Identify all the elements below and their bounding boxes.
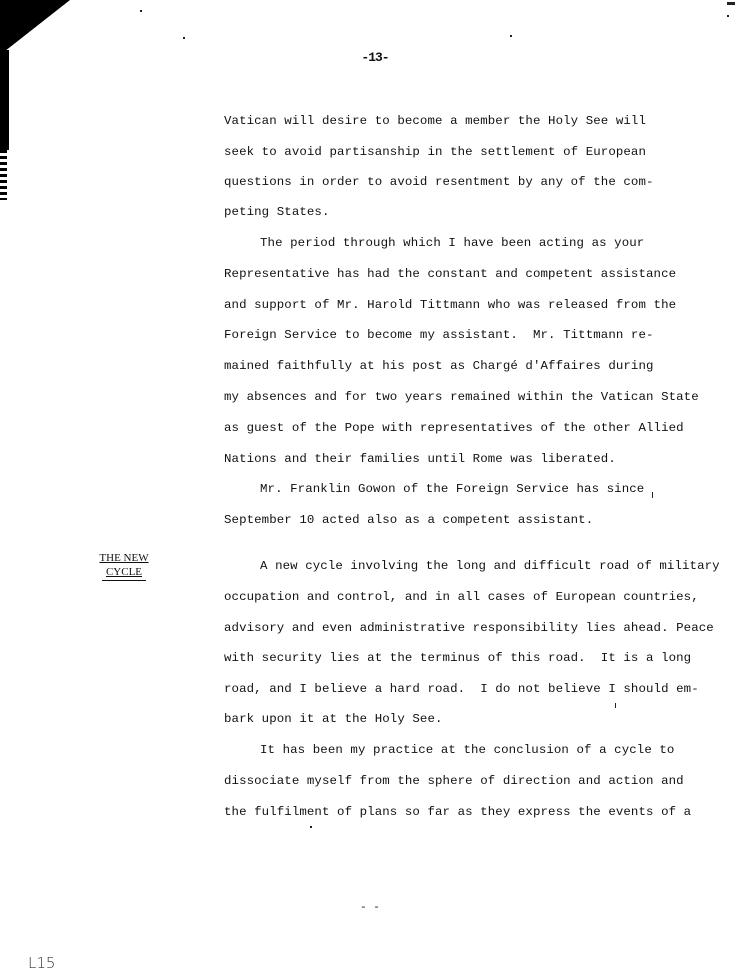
margin-heading-rule xyxy=(102,580,146,581)
scan-speck xyxy=(510,35,512,37)
text-line: The period through which I have been act… xyxy=(260,236,644,250)
page-number: -13- xyxy=(0,50,750,65)
text-line: my absences and for two years remained w… xyxy=(224,390,699,404)
scan-edge-noise xyxy=(0,150,7,200)
scan-speck xyxy=(183,37,185,39)
text-line: Nations and their families until Rome wa… xyxy=(224,452,616,466)
scan-speck xyxy=(615,703,616,708)
text-line: Foreign Service to become my assistant. … xyxy=(224,328,654,342)
text-line: It has been my practice at the conclusio… xyxy=(260,743,674,757)
margin-heading-line2: CYCLE xyxy=(106,565,142,579)
text-line: Vatican will desire to become a member t… xyxy=(224,114,646,128)
text-line: and support of Mr. Harold Tittmann who w… xyxy=(224,298,676,312)
text-line: road, and I believe a hard road. I do no… xyxy=(224,682,699,696)
scan-speck xyxy=(727,2,735,5)
text-line: Mr. Franklin Gowon of the Foreign Servic… xyxy=(260,482,644,496)
scan-edge-strip xyxy=(0,50,9,150)
text-line: September 10 acted also as a competent a… xyxy=(224,513,593,527)
text-line: peting States. xyxy=(224,205,330,219)
handwritten-note: L15 xyxy=(28,954,55,972)
text-line: Representative has had the constant and … xyxy=(224,267,676,281)
text-line: questions in order to avoid resentment b… xyxy=(224,175,654,189)
scan-corner-shadow xyxy=(0,0,70,55)
text-line: seek to avoid partisanship in the settle… xyxy=(224,145,646,159)
text-line: bark upon it at the Holy See. xyxy=(224,712,443,726)
scan-speck xyxy=(310,826,312,828)
text-line: A new cycle involving the long and diffi… xyxy=(260,559,720,573)
scan-speck xyxy=(652,492,653,498)
text-line: dissociate myself from the sphere of dir… xyxy=(224,774,684,788)
margin-heading: THE NEW CYCLE xyxy=(96,551,152,581)
text-line: mained faithfully at his post as Chargé … xyxy=(224,359,654,373)
text-line: with security lies at the terminus of th… xyxy=(224,651,691,665)
text-line: the fulfilment of plans so far as they e… xyxy=(224,805,691,819)
scan-speck xyxy=(727,15,729,17)
scan-speck xyxy=(140,10,142,12)
text-line: occupation and control, and in all cases… xyxy=(224,590,699,604)
text-line: advisory and even administrative respons… xyxy=(224,621,714,635)
margin-heading-line1: THE NEW xyxy=(99,551,148,565)
text-line: as guest of the Pope with representative… xyxy=(224,421,684,435)
footer-mark: - - xyxy=(360,902,380,914)
